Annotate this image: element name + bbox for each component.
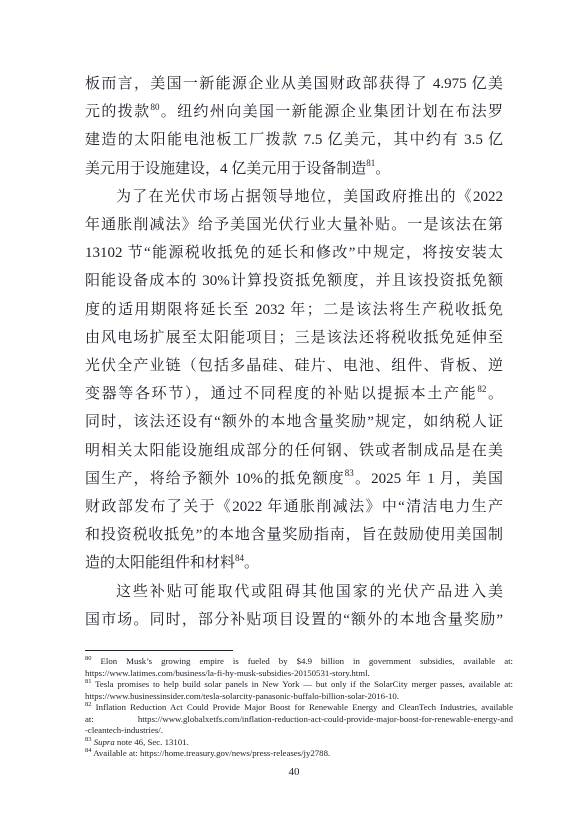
text-segment: 为了在光伏市场占据领导地位，美国政府推出的《2022 (116, 189, 503, 205)
footnote-line: -cleantech-industries/. (85, 725, 513, 737)
body-line: 建造的太阳能电池板工厂拨款 7.5 亿美元，其中约有 3.5 亿 (85, 126, 503, 154)
footnote-line: 82 Inflation Reduction Act Could Provide… (85, 702, 513, 714)
body-line: 明相关太阳能设施组成部分的任何钢、铁或者制成品是在美 (85, 437, 503, 465)
footnote: 80 Elon Musk’s growing empire is fueled … (85, 656, 513, 679)
text-segment: 和投资税收抵免”的本地含量奖励指南，旨在鼓励使用美国制 (85, 527, 503, 543)
text-segment: 明相关太阳能设施组成部分的任何钢、铁或者制成品是在美 (85, 443, 503, 459)
body-line: 光伏全产业链（包括多晶硅、硅片、电池、组件、背板、逆 (85, 352, 503, 380)
body-line: 财政部发布了关于《2022 年通胀削减法》中“清洁电力生产 (85, 493, 503, 521)
footnote-line: 84 Available at: https://home.treasury.g… (85, 748, 513, 760)
text-segment: 财政部发布了关于《2022 年通胀削减法》中“清洁电力生产 (85, 499, 503, 515)
body-line: 由风电场扩展至太阳能项目；三是该法还将税收抵免延伸至 (85, 324, 503, 352)
text-segment: 阳能设备成本的 30%计算投资抵免额度，并且该投资抵免额 (85, 273, 503, 289)
footnote-number: 83 (85, 736, 92, 743)
text-segment: 年通胀削减法》给予美国光伏行业大量补贴。一是该法在第 (85, 217, 503, 233)
body-line: 国市场。同时，部分补贴项目设置的“额外的本地含量奖励” (85, 606, 503, 634)
body-line: 元的拨款80。纽约州向美国一新能源企业集团计划在布法罗 (85, 98, 503, 126)
body-line: 度的适用期限将延长至 2032 年；二是该法将生产税收抵免 (85, 296, 503, 324)
text-segment: https://www.latimes.com/business/la-fi-h… (85, 668, 370, 678)
text-segment: 由风电场扩展至太阳能项目；三是该法还将税收抵免延伸至 (85, 330, 503, 346)
text-segment: https://www.businessinsider.com/tesla-so… (85, 691, 399, 701)
text-segment: 同时，该法还设有“额外的本地含量奖励”规定，如纳税人证 (85, 414, 503, 430)
body-line: 造的太阳能组件和材料84。 (85, 549, 503, 577)
footnote-line: 83 Supra note 46, Sec. 13101. (85, 737, 513, 749)
text-segment: 建造的太阳能电池板工厂拨款 7.5 亿美元，其中约有 3.5 亿 (85, 132, 503, 148)
text-segment: 变器等各环节），通过不同程度的补贴以提振本土产能 (85, 386, 477, 402)
text-segment: Supra (94, 737, 115, 747)
footnote-ref: 83 (345, 468, 354, 478)
footnote: 82 Inflation Reduction Act Could Provide… (85, 702, 513, 737)
body-line: 为了在光伏市场占据领导地位，美国政府推出的《2022 (85, 183, 503, 211)
text-segment: 。 (375, 161, 390, 177)
footnote-area: 80 Elon Musk’s growing empire is fueled … (85, 650, 513, 760)
text-segment: 。 (244, 555, 259, 571)
text-segment: note 46, Sec. 13101. (115, 737, 189, 747)
footnote-list: 80 Elon Musk’s growing empire is fueled … (85, 656, 513, 760)
text-segment: 元的拨款 (85, 104, 150, 120)
footnote-line: at: https://www.globalxetfs.com/inflatio… (85, 714, 513, 726)
text-segment: 国生产，将给予额外 10%的抵免额度 (85, 471, 345, 487)
text-segment: Elon Musk’s growing empire is fueled by … (92, 656, 514, 666)
page-number: 40 (0, 765, 588, 779)
footnote-line: 81 Tesla promises to help build solar pa… (85, 679, 513, 691)
footnote: 84 Available at: https://home.treasury.g… (85, 748, 513, 760)
body-line: 和投资税收抵免”的本地含量奖励指南，旨在鼓励使用美国制 (85, 521, 503, 549)
body-line: 年通胀削减法》给予美国光伏行业大量补贴。一是该法在第 (85, 211, 503, 239)
footnote-ref: 82 (477, 384, 486, 394)
text-segment: 造的太阳能组件和材料 (85, 555, 235, 571)
body-line: 国生产，将给予额外 10%的抵免额度83。2025 年 1 月，美国 (85, 465, 503, 493)
body-line: 这些补贴可能取代或阻碍其他国家的光伏产品进入美 (85, 578, 503, 606)
footnote-ref: 81 (366, 158, 375, 168)
body-paragraph: 这些补贴可能取代或阻碍其他国家的光伏产品进入美国市场。同时，部分补贴项目设置的“… (85, 578, 503, 634)
text-segment: 。纽约州向美国一新能源企业集团计划在布法罗 (159, 104, 503, 120)
footnote-line: 80 Elon Musk’s growing empire is fueled … (85, 656, 513, 668)
body-line: 同时，该法还设有“额外的本地含量奖励”规定，如纳税人证 (85, 408, 503, 436)
footnote-line: https://www.latimes.com/business/la-fi-h… (85, 668, 513, 680)
text-segment: 。 (486, 386, 503, 402)
body-line: 阳能设备成本的 30%计算投资抵免额度，并且该投资抵免额 (85, 267, 503, 295)
text-segment: Tesla promises to help build solar panel… (92, 679, 514, 689)
body-line: 板而言，美国一新能源企业从美国财政部获得了 4.975 亿美 (85, 70, 503, 98)
footnote-separator (85, 650, 233, 651)
footnote-ref: 84 (235, 553, 244, 563)
footnote-line: https://www.businessinsider.com/tesla-so… (85, 691, 513, 703)
body-paragraph: 板而言，美国一新能源企业从美国财政部获得了 4.975 亿美元的拨款80。纽约州… (85, 70, 503, 183)
text-segment: 。2025 年 1 月，美国 (354, 471, 503, 487)
body-line: 美元用于设施建设，4 亿美元用于设备制造81。 (85, 155, 503, 183)
text-segment: 13102 节“能源税收抵免的延长和修改”中规定，将按安装太 (85, 245, 503, 261)
footnote: 81 Tesla promises to help build solar pa… (85, 679, 513, 702)
body-line: 13102 节“能源税收抵免的延长和修改”中规定，将按安装太 (85, 239, 503, 267)
text-segment: -cleantech-industries/. (85, 725, 163, 735)
body-paragraph: 为了在光伏市场占据领导地位，美国政府推出的《2022年通胀削减法》给予美国光伏行… (85, 183, 503, 578)
text-segment: 国市场。同时，部分补贴项目设置的“额外的本地含量奖励” (85, 612, 503, 628)
body-line: 变器等各环节），通过不同程度的补贴以提振本土产能82。 (85, 380, 503, 408)
text-segment: 板而言，美国一新能源企业从美国财政部获得了 4.975 亿美 (85, 76, 503, 92)
footnote-ref: 80 (150, 102, 159, 112)
body-text: 板而言，美国一新能源企业从美国财政部获得了 4.975 亿美元的拨款80。纽约州… (85, 70, 503, 634)
text-segment: 光伏全产业链（包括多晶硅、硅片、电池、组件、背板、逆 (85, 358, 503, 374)
text-segment: at: https://www.globalxetfs.com/inflatio… (85, 714, 513, 724)
text-segment: Available at: https://home.treasury.gov/… (92, 748, 331, 758)
text-segment: Inflation Reduction Act Could Provide Ma… (92, 702, 514, 712)
text-segment: 度的适用期限将延长至 2032 年；二是该法将生产税收抵免 (85, 302, 503, 318)
document-page: 板而言，美国一新能源企业从美国财政部获得了 4.975 亿美元的拨款80。纽约州… (0, 0, 588, 836)
footnote: 83 Supra note 46, Sec. 13101. (85, 737, 513, 749)
text-segment: 这些补贴可能取代或阻碍其他国家的光伏产品进入美 (116, 584, 503, 600)
text-segment: 美元用于设施建设，4 亿美元用于设备制造 (85, 161, 366, 177)
